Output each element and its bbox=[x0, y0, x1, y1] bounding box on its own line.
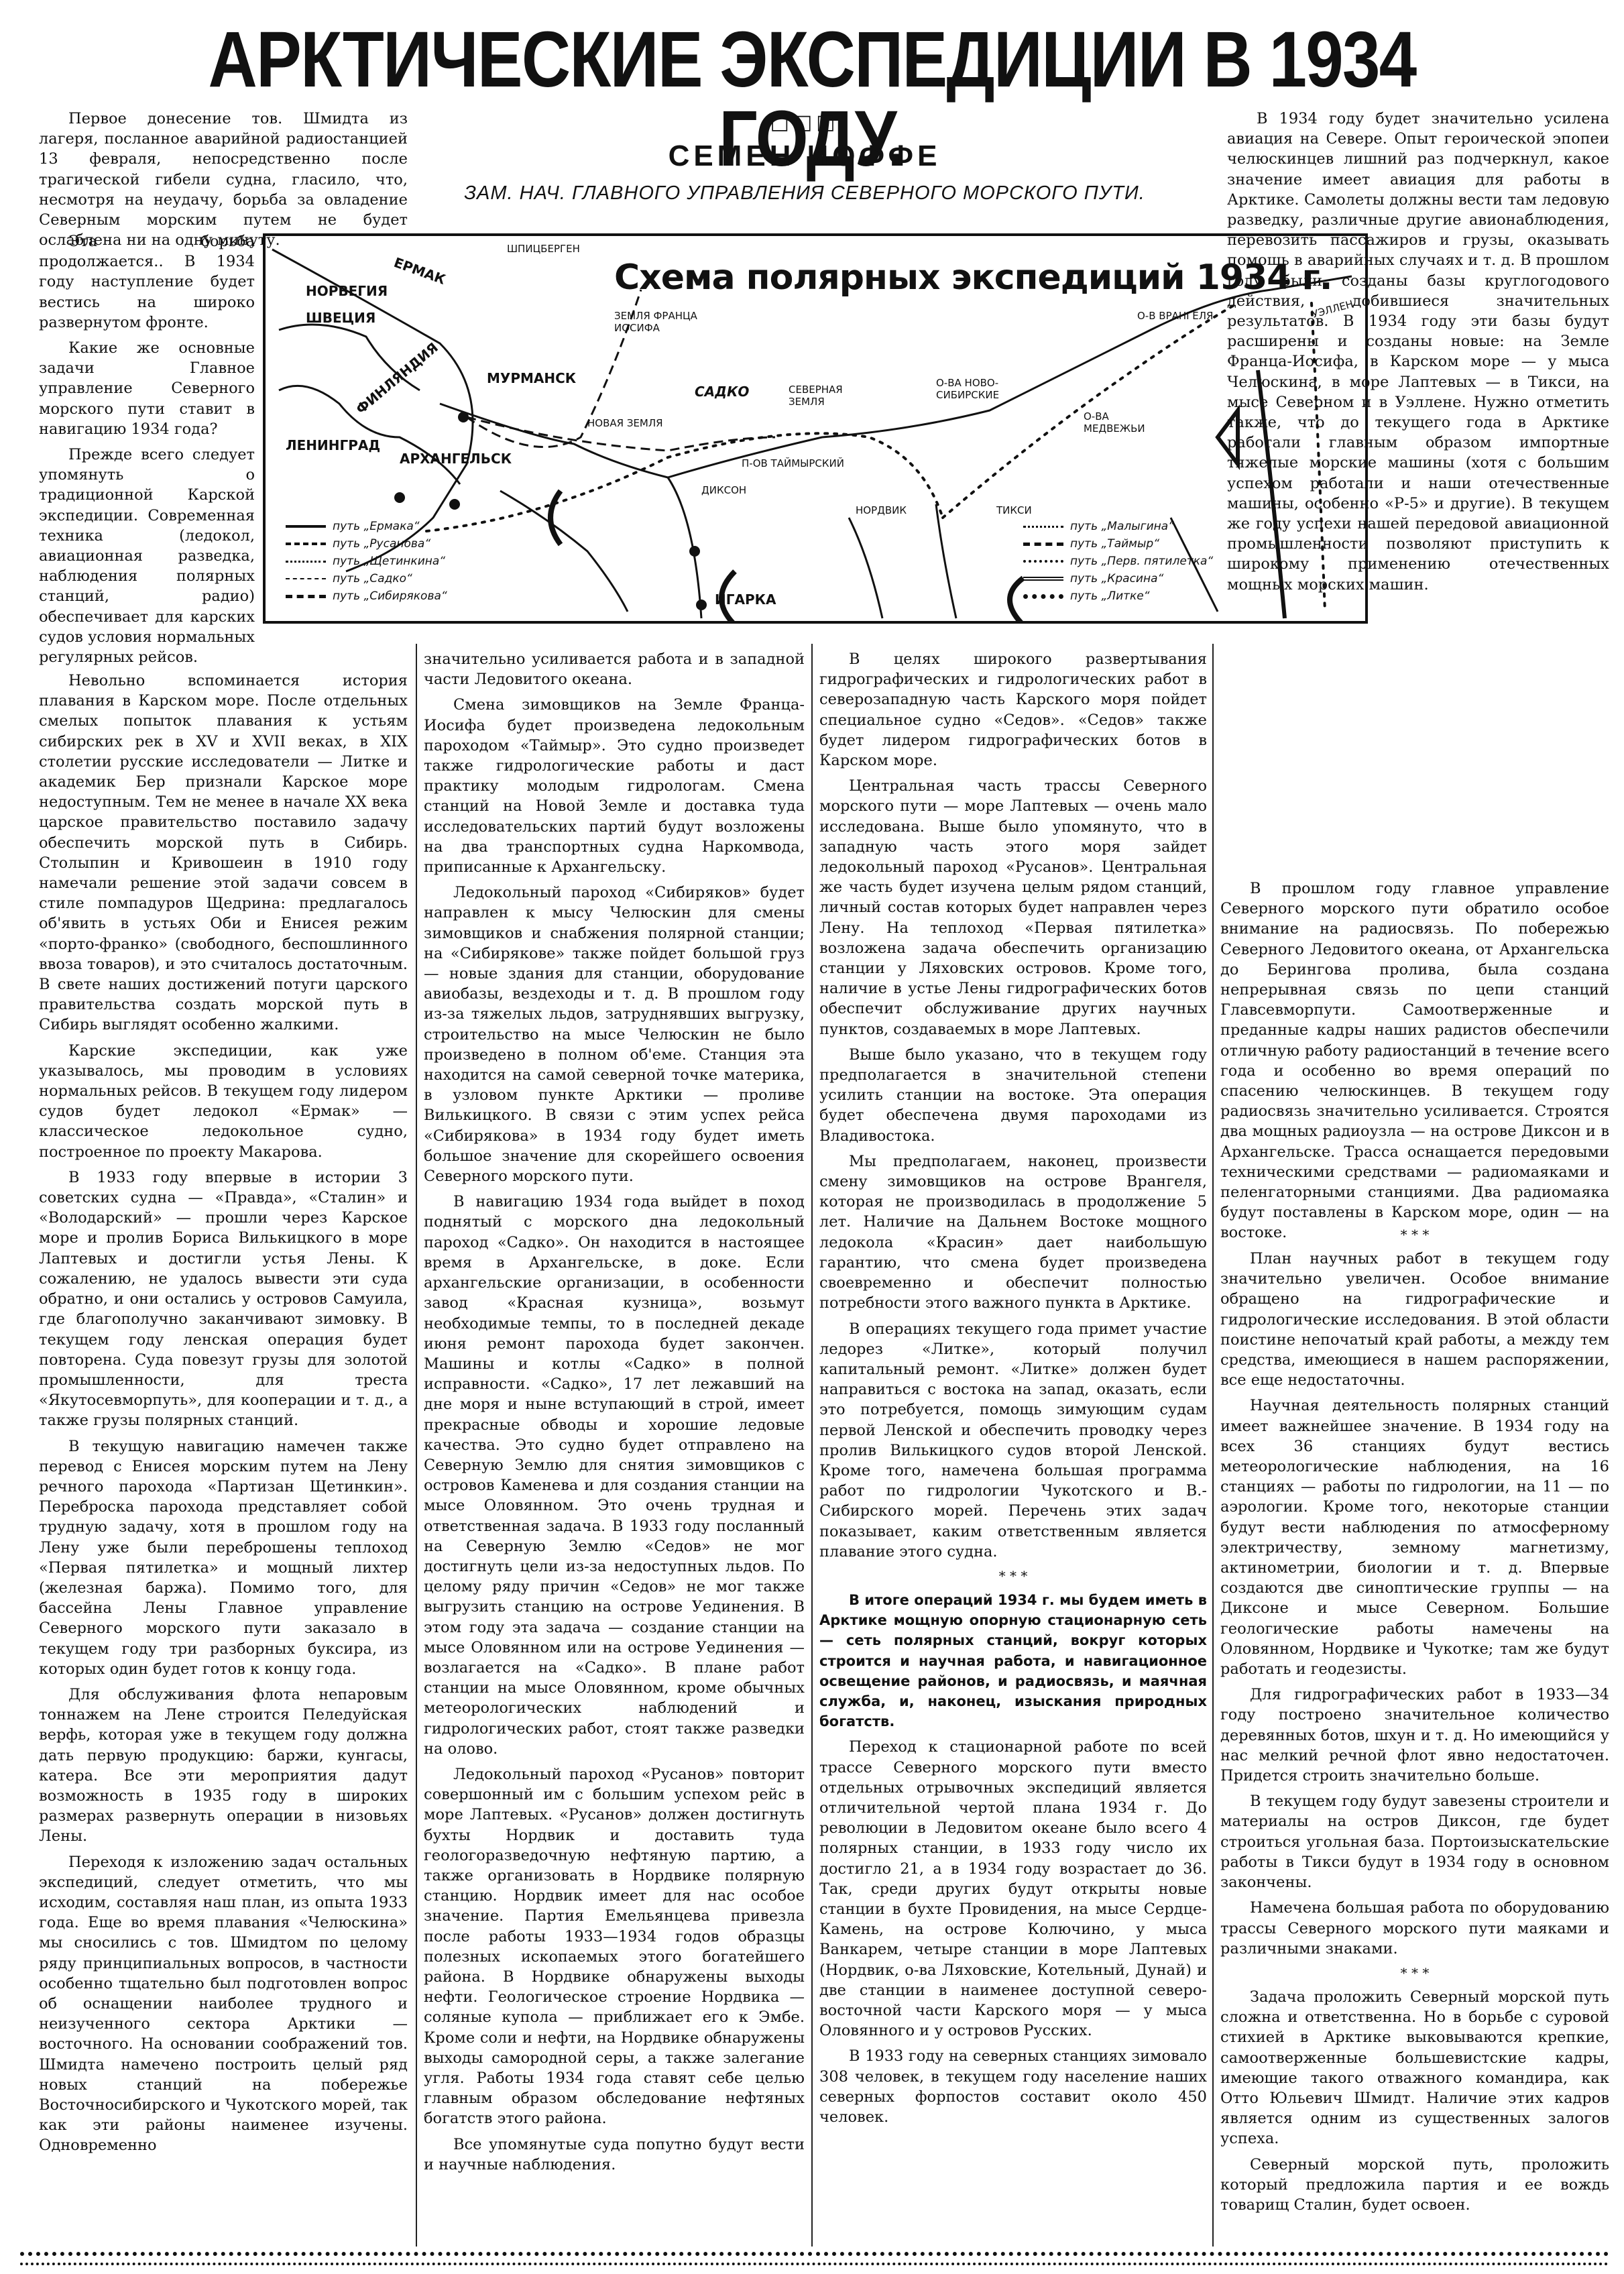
paragraph: Все упомянутые суда попутно будут вести … bbox=[424, 2135, 805, 2175]
paragraph: Смена зимовщиков на Земле Франца-Иосифа … bbox=[424, 695, 805, 877]
legend-item: путь „Малыгина“ bbox=[1070, 518, 1174, 535]
column-4-mid: В прошлом году главное управление Северн… bbox=[1220, 878, 1609, 1249]
paragraph: Для гидрографических работ в 1933—34 год… bbox=[1220, 1685, 1609, 1786]
ornament: □□□ bbox=[416, 111, 1194, 134]
map-label: ШВЕЦИЯ bbox=[306, 310, 375, 326]
legend-item: путь „Щетинкина“ bbox=[333, 553, 445, 570]
map-label: НОРДВИК bbox=[856, 504, 907, 516]
map-label: ЗЕМЛЯ ФРАНЦА ИОСИФА bbox=[614, 310, 721, 334]
paragraph: В текущую навигацию намечен также перево… bbox=[39, 1436, 408, 1679]
map-label: АРХАНГЕЛЬСК bbox=[400, 451, 512, 467]
legend-item: путь „Ермака“ bbox=[333, 518, 420, 535]
paragraph: Научная деятельность полярных станций им… bbox=[1220, 1396, 1609, 1679]
legend-item: путь „Красина“ bbox=[1070, 570, 1163, 587]
column-2: значительно усиливается работа и в запад… bbox=[424, 649, 805, 2180]
paragraph: Эта борьба продолжается.. В 1934 году на… bbox=[39, 231, 255, 333]
map-title: Схема полярных экспедиций 1934 г. bbox=[614, 258, 1332, 298]
map-label: ИГАРКА bbox=[715, 591, 776, 608]
paragraph: Первое донесение тов. Шмидта из лагеря, … bbox=[39, 109, 408, 250]
map-label: ШПИЦБЕРГЕН bbox=[507, 243, 580, 255]
legend-item: путь „Литке“ bbox=[1070, 587, 1150, 605]
paragraph: Переходя к изложению задач остальных экс… bbox=[39, 1852, 408, 2156]
map-label: НОВАЯ ЗЕМЛЯ bbox=[587, 417, 663, 429]
legend-item: путь „Перв. пятилетка“ bbox=[1070, 553, 1213, 570]
map-label: НОРВЕГИЯ bbox=[306, 283, 388, 299]
paragraph: В прошлом году главное управление Северн… bbox=[1220, 878, 1609, 1243]
map-label: МУРМАНСК bbox=[487, 370, 576, 386]
legend-item: путь „Русанова“ bbox=[333, 535, 430, 553]
section-separator: * * * bbox=[1220, 1966, 1609, 1980]
paragraph: Какие же основные задачи Главное управле… bbox=[39, 338, 255, 439]
paragraph: В целях широкого развертывания гидрограф… bbox=[819, 649, 1207, 771]
bottom-rule bbox=[20, 2252, 1609, 2265]
legend-item: путь „Садко“ bbox=[333, 570, 412, 587]
section-separator: * * * bbox=[819, 1569, 1207, 1583]
byline: □□□ СЕМЕН ИОФФЕ ЗАМ. НАЧ. ГЛАВНОГО УПРАВ… bbox=[416, 111, 1194, 205]
column-3: В целях широкого развертывания гидрограф… bbox=[819, 649, 1207, 2133]
paragraph: Намечена большая работа по оборудованию … bbox=[1220, 1898, 1609, 1959]
legend-item: путь „Таймыр“ bbox=[1070, 535, 1159, 553]
paragraph: В операциях текущего года примет участие… bbox=[819, 1319, 1207, 1562]
map-label: ДИКСОН bbox=[701, 484, 746, 496]
map-legend-right: путь „Малыгина“ путь „Таймыр“ путь „Перв… bbox=[1023, 518, 1213, 605]
map-legend-left: путь „Ермака“ путь „Русанова“ путь „Щети… bbox=[286, 518, 447, 605]
column-1-lower: Невольно вспоминается история плавания в… bbox=[39, 671, 408, 2161]
paragraph: значительно усиливается работа и в запад… bbox=[424, 649, 805, 689]
map-label: О-ВА МЕДВЕЖЬИ bbox=[1084, 410, 1144, 435]
paragraph: В навигацию 1934 года выйдет в поход под… bbox=[424, 1192, 805, 1759]
map-label: П-ОВ ТАЙМЫРСКИЙ bbox=[742, 457, 844, 469]
map-label: ТИКСИ bbox=[996, 504, 1032, 516]
column-rule bbox=[1212, 644, 1214, 2247]
map-label: СЕВЕРНАЯ ЗЕМЛЯ bbox=[789, 384, 862, 408]
paragraph: Невольно вспоминается история плавания в… bbox=[39, 671, 408, 1035]
paragraph: Карские экспедиции, как уже указывалось,… bbox=[39, 1041, 408, 1162]
map-label: ЛЕНИНГРАД bbox=[286, 437, 380, 453]
paragraph: Для обслуживания флота непаровым тоннаже… bbox=[39, 1685, 408, 1847]
column-4: В прошлом году главное управление Северн… bbox=[1220, 1220, 1609, 2220]
paragraph: В 1933 году на северных станциях зимовал… bbox=[819, 2046, 1207, 2127]
column-4-top: В 1934 году будет значительно усилена ав… bbox=[1227, 109, 1609, 600]
paragraph: Выше было указано, что в текущем году пр… bbox=[819, 1045, 1207, 1146]
column-rule bbox=[811, 644, 813, 2247]
paragraph: План научных работ в текущем году значит… bbox=[1220, 1249, 1609, 1390]
paragraph: Задача проложить Северный морской путь с… bbox=[1220, 1987, 1609, 2149]
legend-item: путь „Сибирякова“ bbox=[333, 587, 447, 605]
paragraph: Ледокольный пароход «Сибиряков» будет на… bbox=[424, 883, 805, 1186]
paragraph: Ледокольный пароход «Русанов» повторит с… bbox=[424, 1764, 805, 2129]
column-1-narrow: Эта борьба продолжается.. В 1934 году на… bbox=[39, 231, 255, 673]
paragraph: В 1933 году впервые в истории 3 советски… bbox=[39, 1168, 408, 1431]
map-label: О-ВА НОВО-СИБИРСКИЕ bbox=[936, 377, 1023, 401]
expedition-map: Схема полярных экспедиций 1934 г. ЕРМАК … bbox=[263, 233, 1368, 624]
author-name: СЕМЕН ИОФФЕ bbox=[416, 139, 1194, 173]
map-label: О-В ВРАНГЕЛЯ bbox=[1137, 310, 1213, 322]
paragraph: В 1934 году будет значительно усилена ав… bbox=[1227, 109, 1609, 595]
paragraph: Переход к стационарной работе по всей тр… bbox=[819, 1737, 1207, 2041]
paragraph: Северный морской путь, проложить который… bbox=[1220, 2155, 1609, 2216]
author-position: ЗАМ. НАЧ. ГЛАВНОГО УПРАВЛЕНИЯ СЕВЕРНОГО … bbox=[416, 182, 1194, 205]
paragraph: Центральная часть трассы Северного морск… bbox=[819, 776, 1207, 1039]
paragraph: Прежде всего следует упомянуть о традици… bbox=[39, 445, 255, 667]
paragraph: Мы предполагаем, наконец, произвести сме… bbox=[819, 1151, 1207, 1314]
paragraph: В текущем году будут завезены строители … bbox=[1220, 1791, 1609, 1892]
map-label: САДКО bbox=[695, 384, 749, 400]
column-rule bbox=[416, 644, 417, 2247]
paragraph-bold: В итоге операций 1934 г. мы будем иметь … bbox=[819, 1590, 1207, 1731]
